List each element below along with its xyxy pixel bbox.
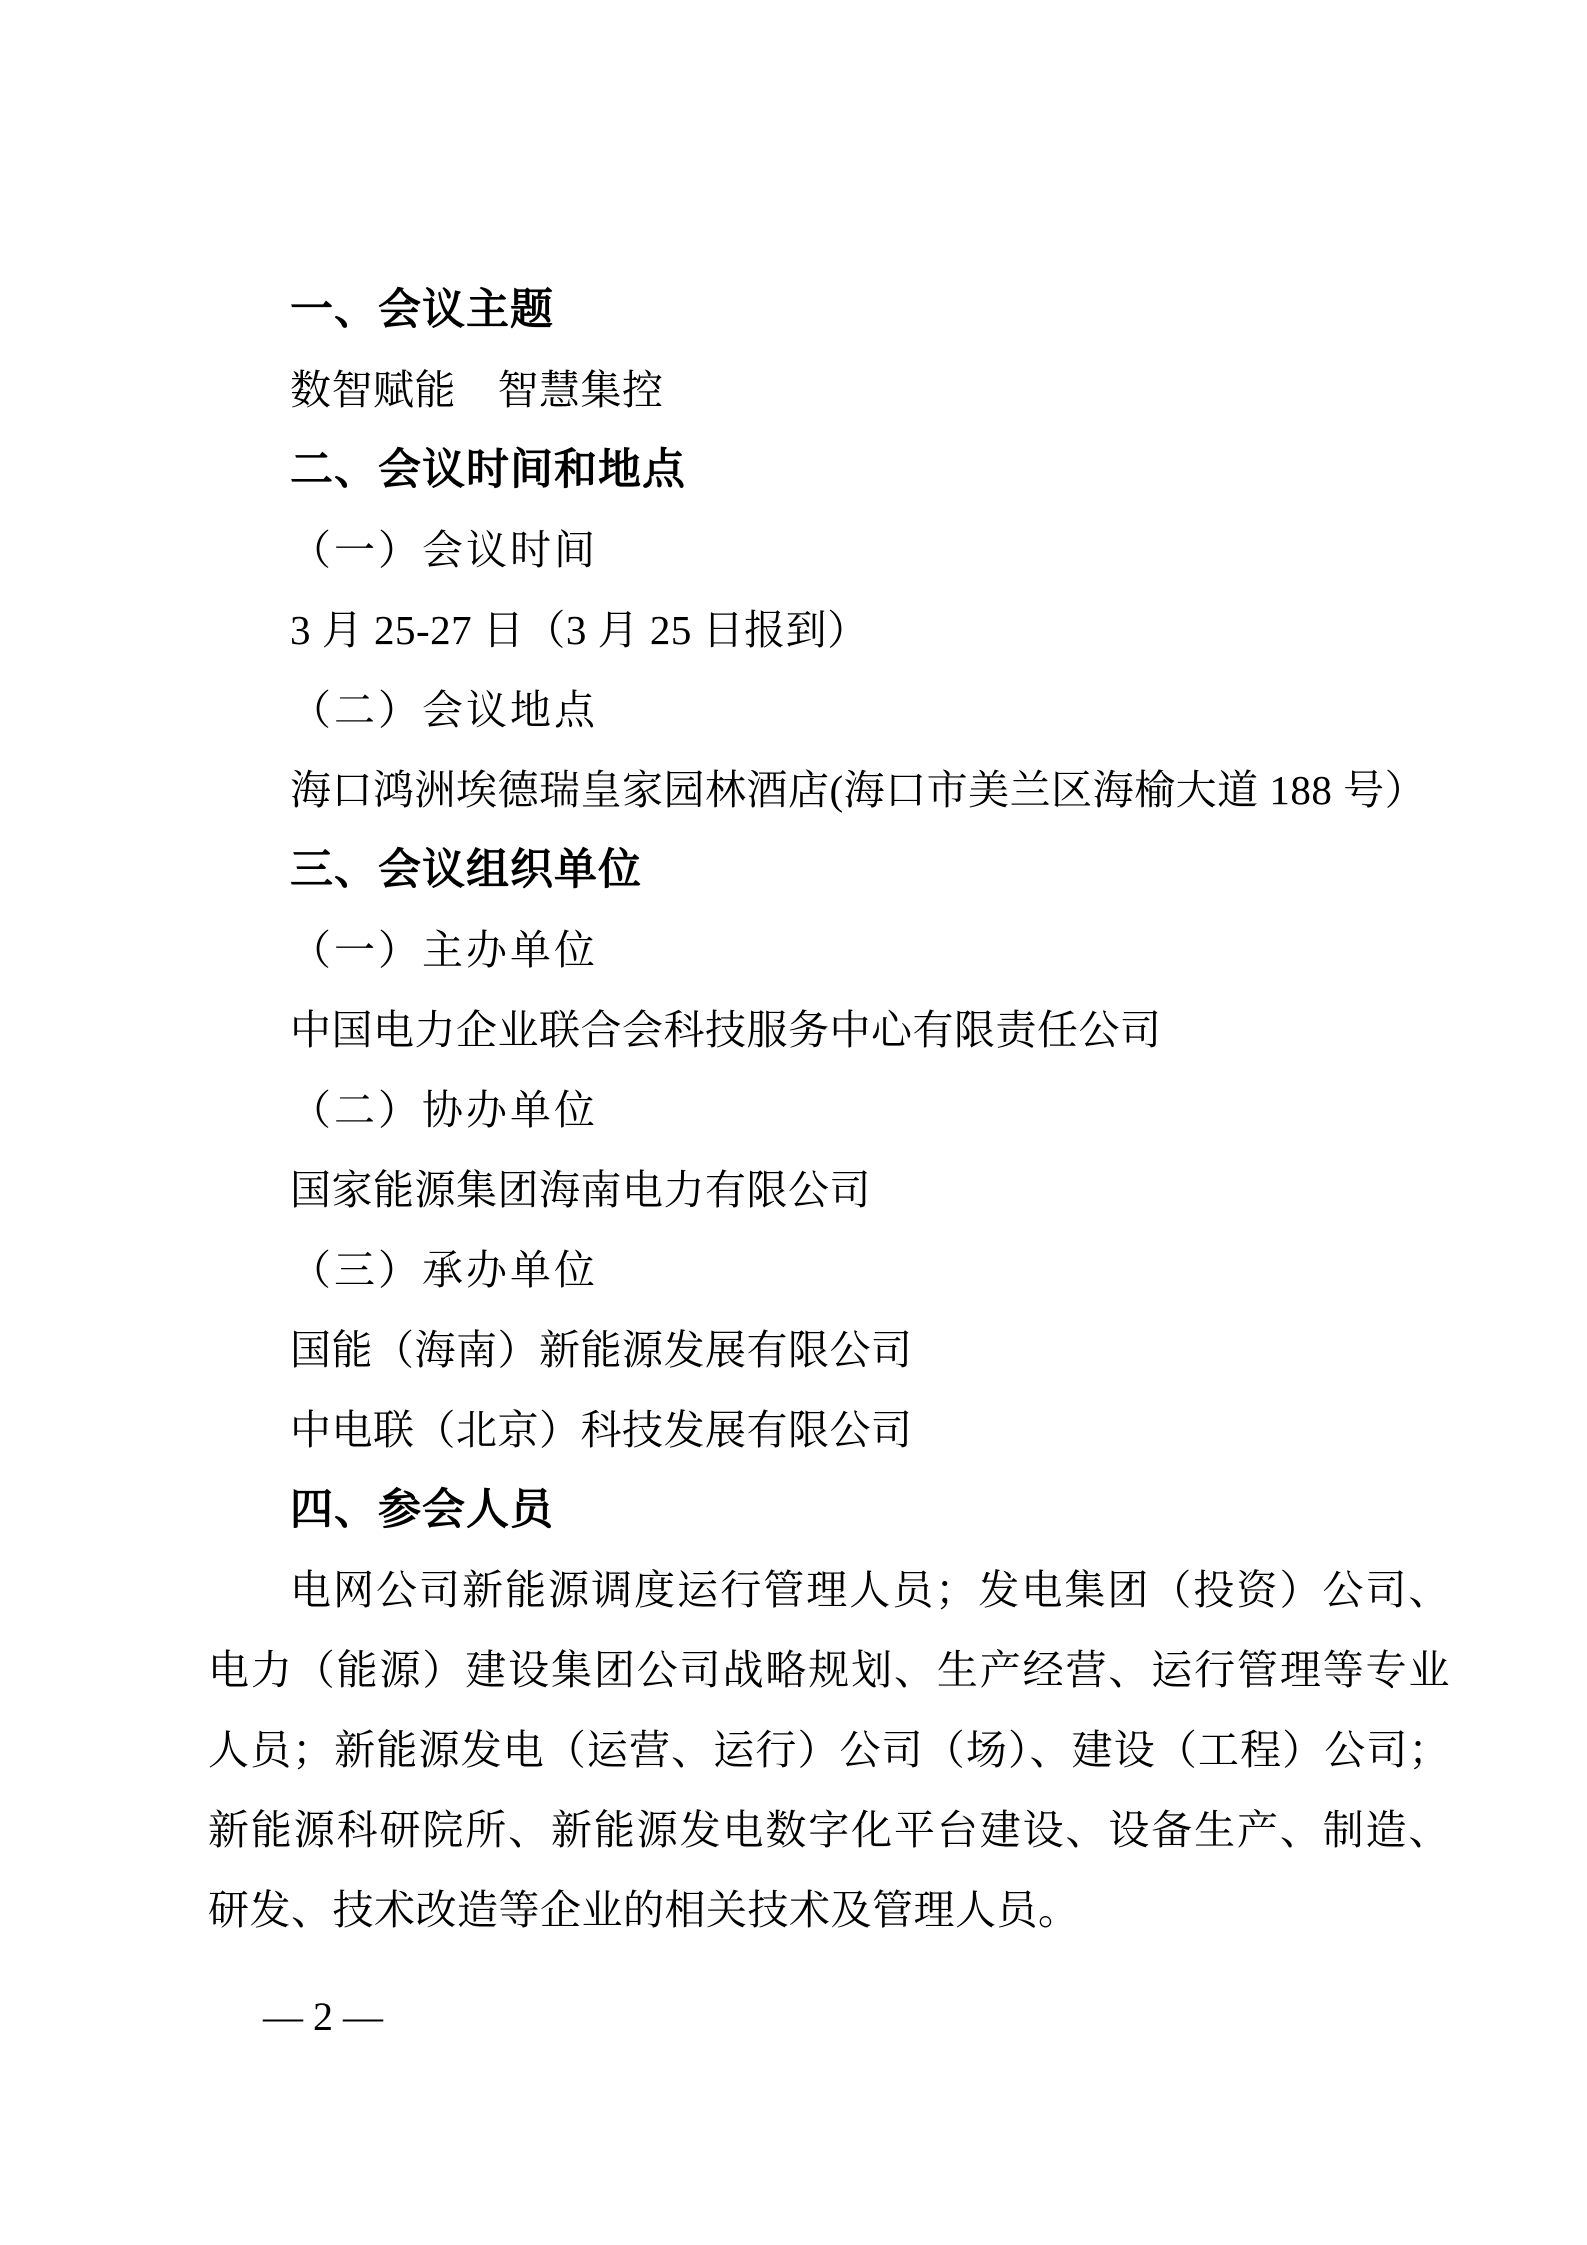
body-line: 中国电力企业联合会科技服务中心有限责任公司 bbox=[208, 990, 1450, 1070]
paragraph: 电网公司新能源调度运行管理人员；发电集团（投资）公司、电力（能源）建设集团公司战… bbox=[208, 1550, 1450, 1950]
body-line: 国家能源集团海南电力有限公司 bbox=[208, 1150, 1450, 1230]
section-heading: 二、会议时间和地点 bbox=[208, 430, 1450, 510]
section-heading: 三、会议组织单位 bbox=[208, 830, 1450, 910]
body-line: 国能（海南）新能源发展有限公司 bbox=[208, 1310, 1450, 1390]
document-body: 一、会议主题数智赋能 智慧集控二、会议时间和地点（一）会议时间3 月 25-27… bbox=[208, 270, 1450, 1950]
body-line: 海口鸿洲埃德瑞皇家园林酒店(海口市美兰区海榆大道 188 号） bbox=[208, 750, 1450, 830]
page-number: — 2 — bbox=[263, 1993, 383, 2041]
sub-heading: （二）协办单位 bbox=[208, 1070, 1450, 1150]
body-line: 中电联（北京）科技发展有限公司 bbox=[208, 1390, 1450, 1470]
body-line: 3 月 25-27 日（3 月 25 日报到） bbox=[208, 590, 1450, 670]
section-heading: 四、参会人员 bbox=[208, 1470, 1450, 1550]
document-page: 一、会议主题数智赋能 智慧集控二、会议时间和地点（一）会议时间3 月 25-27… bbox=[0, 0, 1587, 2245]
sub-heading: （一）主办单位 bbox=[208, 910, 1450, 990]
sub-heading: （一）会议时间 bbox=[208, 510, 1450, 590]
section-heading: 一、会议主题 bbox=[208, 270, 1450, 350]
body-line: 数智赋能 智慧集控 bbox=[208, 350, 1450, 430]
sub-heading: （三）承办单位 bbox=[208, 1230, 1450, 1310]
sub-heading: （二）会议地点 bbox=[208, 670, 1450, 750]
